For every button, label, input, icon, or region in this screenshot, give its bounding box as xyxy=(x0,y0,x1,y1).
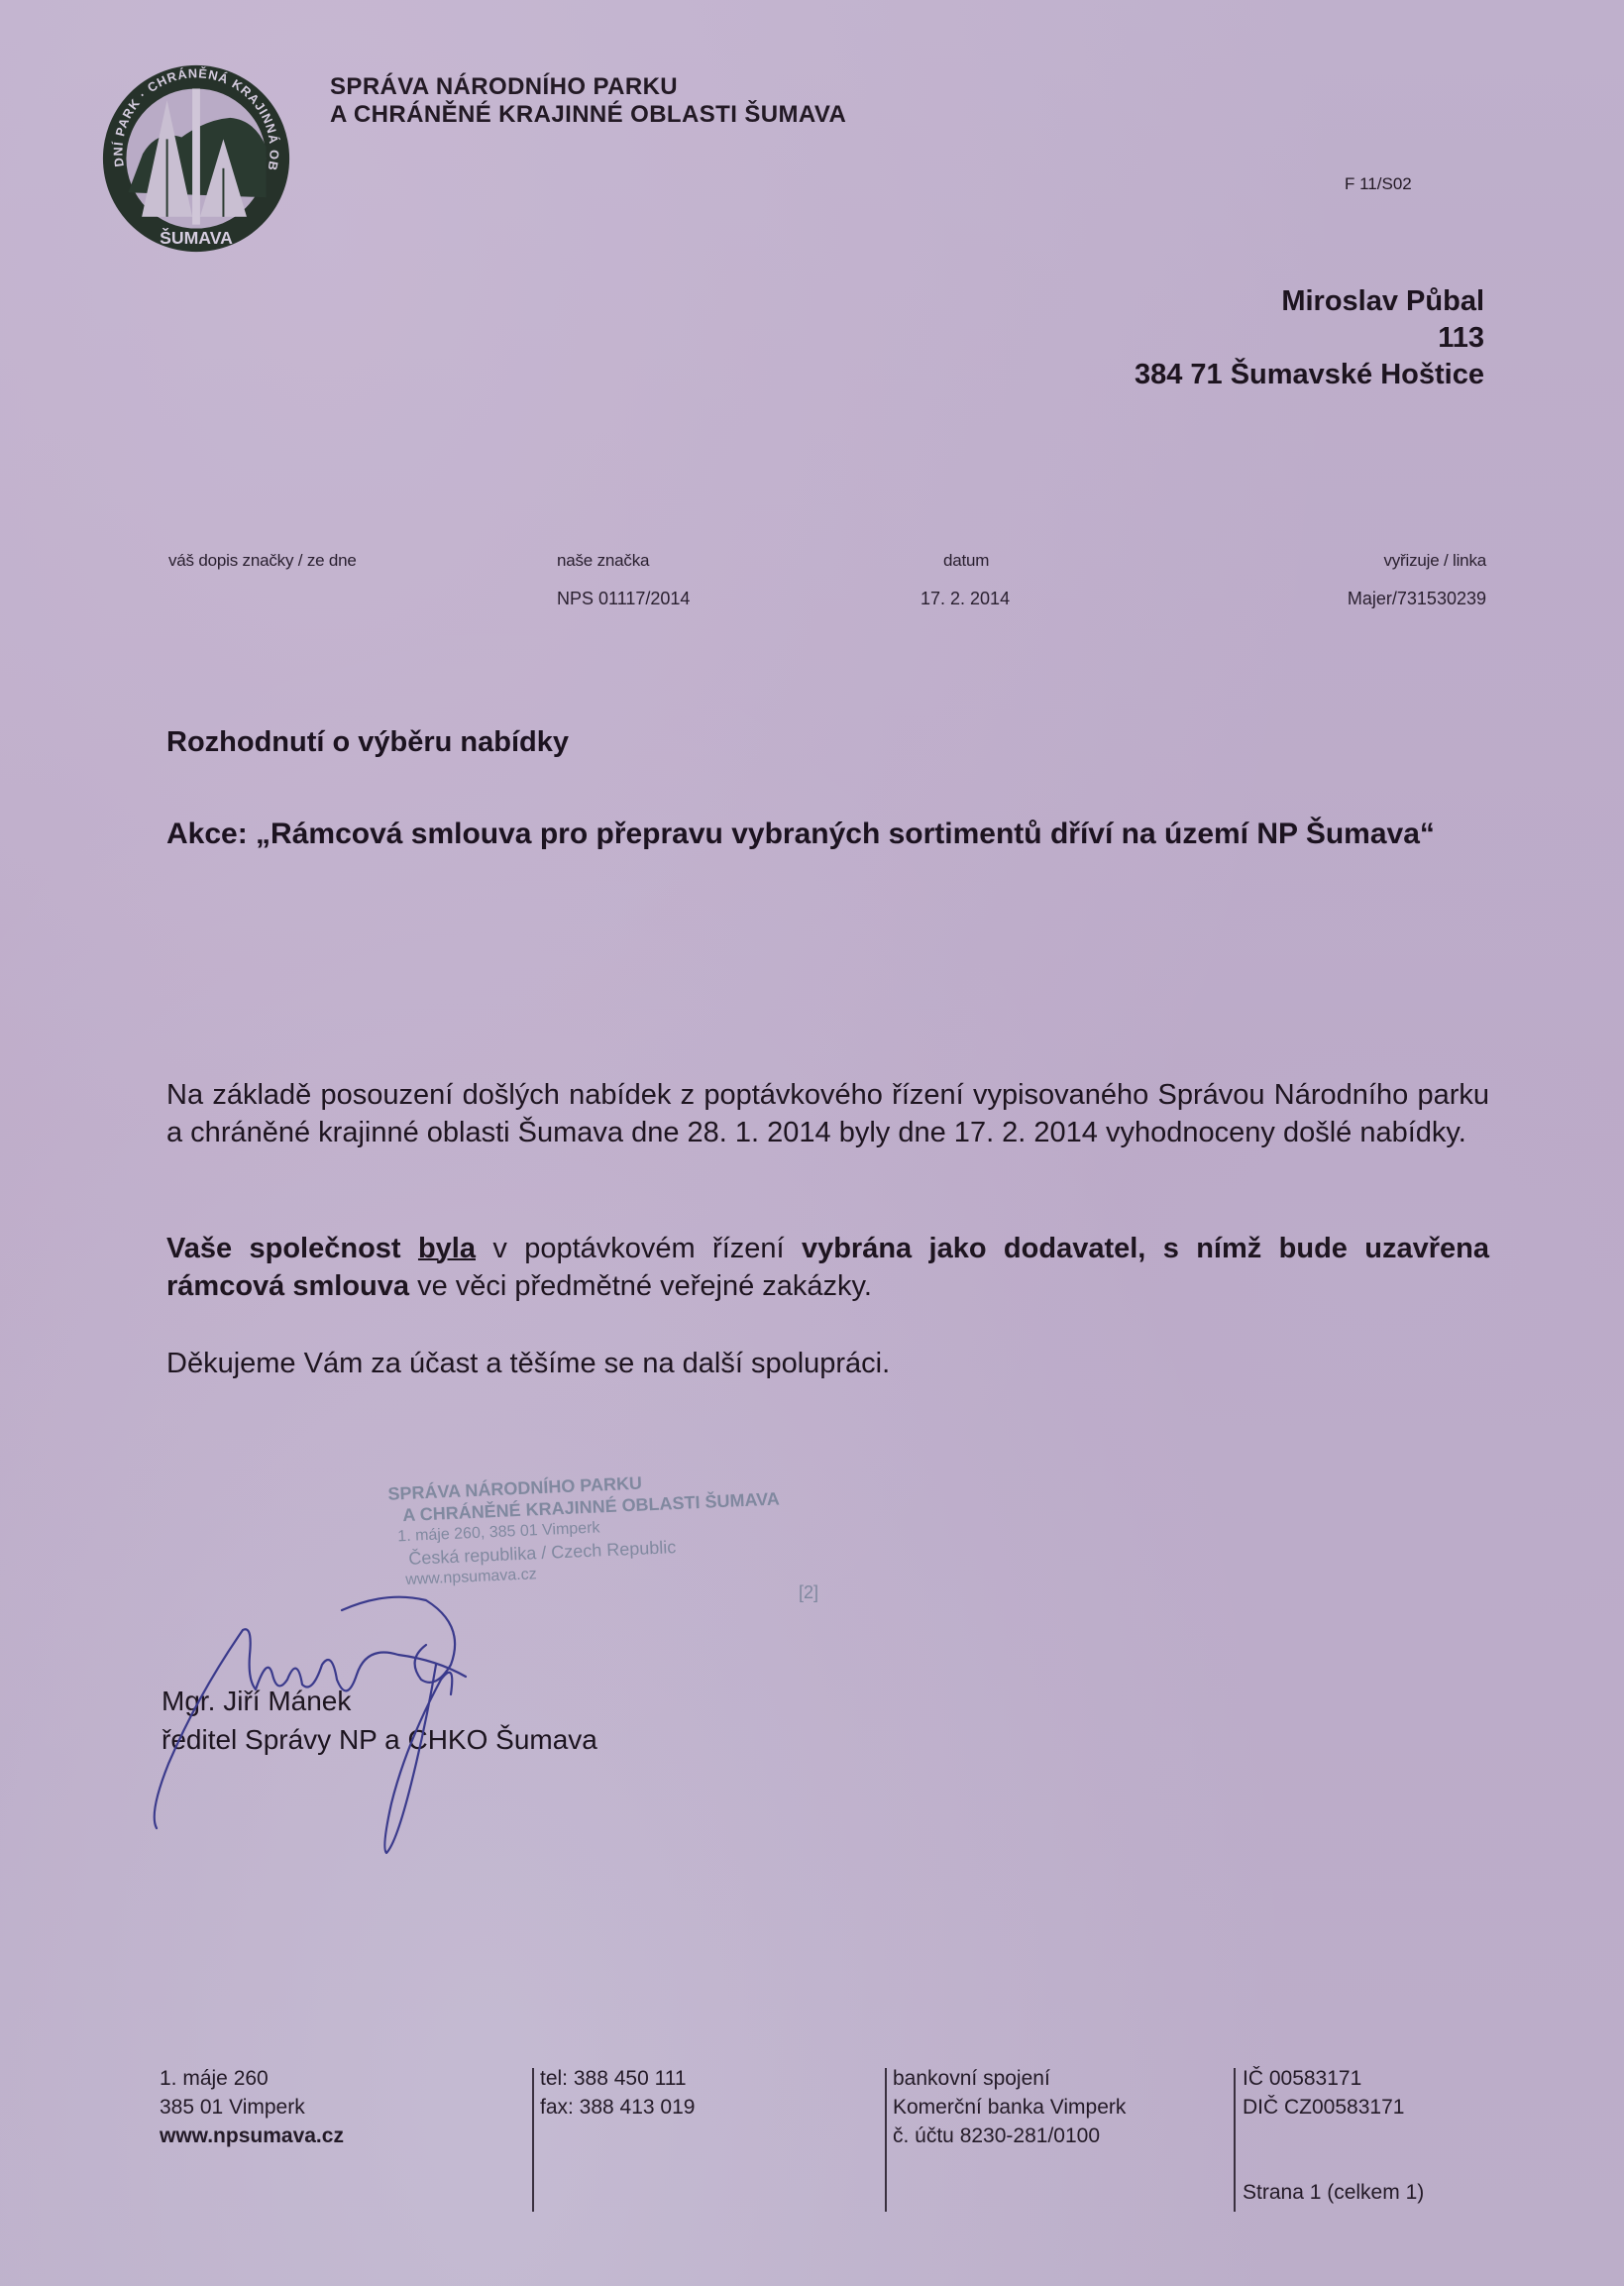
footer-dic: DIČ CZ00583171 xyxy=(1243,2093,1404,2122)
paragraph-evaluation: Na základě posouzení došlých nabídek z p… xyxy=(166,1076,1489,1151)
selection-text-regular-2: ve věci předmětné veřejné zakázky. xyxy=(409,1270,872,1302)
handwritten-signature-icon xyxy=(139,1585,555,1863)
handler-label: vyřizuje / linka xyxy=(1383,551,1486,571)
footer-divider xyxy=(885,2068,887,2212)
handler-value: Majer/731530239 xyxy=(1348,589,1486,609)
form-code: F 11/S02 xyxy=(1345,174,1412,194)
letter-title: Rozhodnutí o výběru nabídky xyxy=(166,726,569,759)
footer-bank: bankovní spojení Komerční banka Vimperk … xyxy=(893,2064,1126,2150)
footer-divider xyxy=(1234,2068,1236,2212)
organization-name-line1: SPRÁVA NÁRODNÍHO PARKU xyxy=(330,73,846,101)
footer-fax: fax: 388 413 019 xyxy=(540,2093,695,2122)
recipient-address: Miroslav Půbal 113 384 71 Šumavské Hošti… xyxy=(1135,283,1484,393)
footer-bank-label: bankovní spojení xyxy=(893,2064,1126,2093)
organization-name-line2: A CHRÁNĚNÉ KRAJINNÉ OBLASTI ŠUMAVA xyxy=(330,101,846,129)
our-ref-value: NPS 01117/2014 xyxy=(557,589,690,609)
stamp-number: [2] xyxy=(799,1582,818,1603)
contract-subject: Akce: „Rámcová smlouva pro přepravu vybr… xyxy=(166,816,1489,853)
date-label: datum xyxy=(943,551,989,571)
footer-contacts: tel: 388 450 111 fax: 388 413 019 xyxy=(540,2064,695,2122)
recipient-city: 384 71 Šumavské Hoštice xyxy=(1135,357,1484,393)
your-letter-label: váš dopis značky / ze dne xyxy=(168,551,357,571)
footer-bank-account: č. účtu 8230-281/0100 xyxy=(893,2122,1126,2150)
recipient-name: Miroslav Půbal xyxy=(1135,283,1484,320)
date-value: 17. 2. 2014 xyxy=(920,589,1010,609)
page-number: Strana 1 (celkem 1) xyxy=(1243,2181,1424,2205)
organization-name: SPRÁVA NÁRODNÍHO PARKU A CHRÁNĚNÉ KRAJIN… xyxy=(330,73,846,129)
svg-text:ŠUMAVA: ŠUMAVA xyxy=(160,227,233,248)
selection-text-bold-1: Vaše společnost xyxy=(166,1233,418,1264)
footer-bank-name: Komerční banka Vimperk xyxy=(893,2093,1126,2122)
our-ref-label: naše značka xyxy=(557,551,649,571)
footer-divider xyxy=(532,2068,534,2212)
selection-text-underlined: byla xyxy=(418,1233,476,1264)
footer-ic: IČ 00583171 xyxy=(1243,2064,1404,2093)
sumava-logo-icon: NÁRODNÍ PARK · CHRÁNĚNÁ KRAJINNÁ OBLAST … xyxy=(99,61,293,256)
paragraph-selection: Vaše společnost byla v poptávkovém řízen… xyxy=(166,1230,1489,1305)
paragraph-thanks: Děkujeme Vám za účast a těšíme se na dal… xyxy=(166,1345,1489,1382)
footer-city: 385 01 Vimperk xyxy=(160,2093,344,2122)
recipient-street: 113 xyxy=(1135,320,1484,357)
footer-tel: tel: 388 450 111 xyxy=(540,2064,695,2093)
footer-ids: IČ 00583171 DIČ CZ00583171 xyxy=(1243,2064,1404,2122)
footer-website-link[interactable]: www.npsumava.cz xyxy=(160,2124,344,2147)
footer-street: 1. máje 260 xyxy=(160,2064,344,2093)
footer-address: 1. máje 260 385 01 Vimperk www.npsumava.… xyxy=(160,2064,344,2150)
selection-text-regular-1: v poptávkovém řízení xyxy=(476,1233,802,1264)
